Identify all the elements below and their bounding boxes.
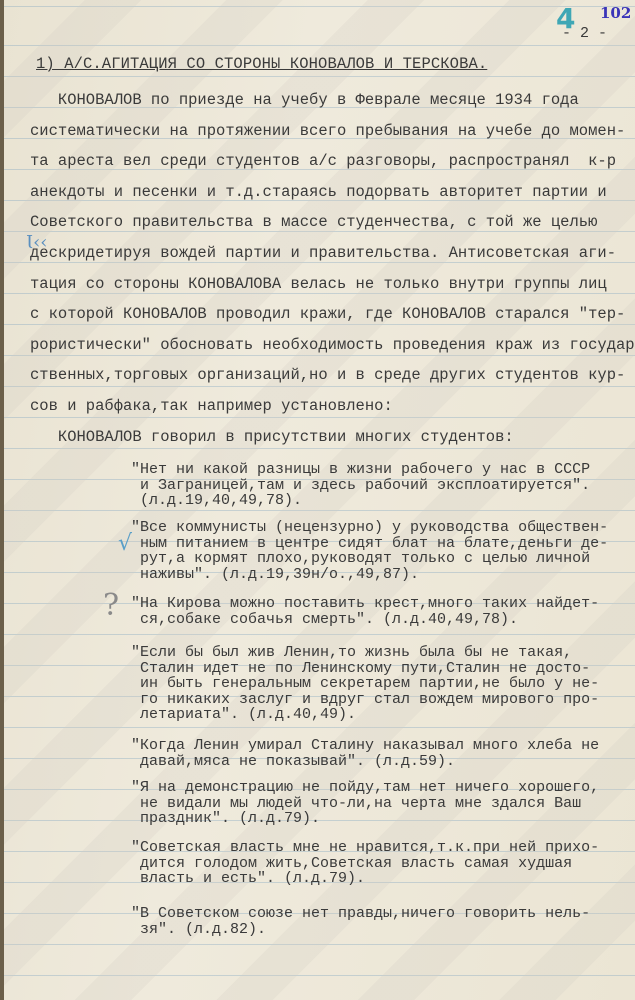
- margin-checkmark: √: [118, 531, 132, 556]
- body-line: ственных,торговых организаций,но и в сре…: [30, 360, 630, 391]
- body-line: дескридетируя вождей партии и правительс…: [30, 238, 630, 269]
- quote-line: (л.д.19,40,49,78).: [131, 493, 590, 509]
- quote-item: "Советская власть мне не нравится,т.к.пр…: [131, 840, 599, 887]
- quote-line: "На Кирова можно поставить крест,много т…: [131, 596, 599, 612]
- quote-line: рут,а кормят плохо,руководят только с це…: [131, 551, 608, 567]
- body-line: сов и рабфака,так например установлено:: [30, 391, 630, 422]
- body-line: КОНОВАЛОВ говорил в присутствии многих с…: [30, 422, 630, 453]
- quote-line: "Если бы был жив Ленин,то жизнь была бы …: [131, 645, 599, 661]
- quote-line: "Нет ни какой разницы в жизни рабочего у…: [131, 462, 590, 478]
- page-number: - 2 -: [562, 25, 607, 42]
- margin-scribble-mark: Ꙇ‹‹: [26, 232, 48, 253]
- margin-question-mark: ?: [103, 588, 119, 623]
- body-line: КОНОВАЛОВ по приезде на учебу в Феврале …: [30, 85, 630, 116]
- quote-line: "Я на демонстрацию не пойду,там нет ниче…: [131, 780, 599, 796]
- quote-line: го никаких заслуг и вдруг стал вождем ми…: [131, 692, 599, 708]
- body-line: тация со стороны КОНОВАЛОВА велась не то…: [30, 269, 630, 300]
- quote-item: "В Советском союзе нет правды,ничего гов…: [131, 906, 590, 937]
- quote-line: "Советская власть мне не нравится,т.к.пр…: [131, 840, 599, 856]
- quote-line: и Заграницей,там и здесь рабочий эксплоа…: [131, 478, 590, 494]
- quote-item: "Нет ни какой разницы в жизни рабочего у…: [131, 462, 590, 509]
- quote-line: давай,мяса не показывай". (л.д.59).: [131, 754, 599, 770]
- quote-line: праздник". (л.д.79).: [131, 811, 599, 827]
- section-heading: 1) А/С.АГИТАЦИЯ СО СТОРОНЫ КОНОВАЛОВ И Т…: [36, 55, 487, 73]
- quote-line: Сталин идет не по Ленинскому пути,Сталин…: [131, 661, 599, 677]
- quote-item: "Когда Ленин умирал Сталину наказывал мн…: [131, 738, 599, 769]
- quote-line: "Когда Ленин умирал Сталину наказывал мн…: [131, 738, 599, 754]
- quote-line: наживы". (л.д.19,39н/о.,49,87).: [131, 567, 608, 583]
- quote-line: дится голодом жить,Советская власть сама…: [131, 856, 599, 872]
- quote-line: летариата". (л.д.40,49).: [131, 707, 599, 723]
- quote-item: "На Кирова можно поставить крест,много т…: [131, 596, 599, 627]
- body-line: систематически на протяжении всего пребы…: [30, 116, 630, 147]
- quote-line: "В Советском союзе нет правды,ничего гов…: [131, 906, 590, 922]
- quote-line: зя". (л.д.82).: [131, 922, 590, 938]
- body-line: анекдоты и песенки и т.д.стараясь подорв…: [30, 177, 630, 208]
- quote-item: "Все коммунисты (нецензурно) у руководст…: [131, 520, 608, 582]
- body-line: рористически" обосновать необходимость п…: [30, 330, 630, 361]
- quote-line: не видали мы людей что-ли,на черта мне з…: [131, 796, 599, 812]
- body-paragraph: КОНОВАЛОВ по приезде на учебу в Феврале …: [30, 85, 630, 452]
- quote-line: ся,собаке собачья смерть". (л.д.40,49,78…: [131, 612, 599, 628]
- archive-sheet-number: 102: [600, 4, 631, 22]
- body-line: та ареста вел среди студентов а/с разгов…: [30, 146, 630, 177]
- quote-line: ным питанием в центре сидят блат на блат…: [131, 536, 608, 552]
- quote-line: "Все коммунисты (нецензурно) у руководст…: [131, 520, 608, 536]
- quote-line: ин быть генеральным секретарем партии,не…: [131, 676, 599, 692]
- body-line: Советского правительства в массе студенч…: [30, 207, 630, 238]
- page-binding-edge: [0, 0, 4, 1000]
- body-line: с которой КОНОВАЛОВ проводил кражи, где …: [30, 299, 630, 330]
- quote-item: "Если бы был жив Ленин,то жизнь была бы …: [131, 645, 599, 723]
- quote-item: "Я на демонстрацию не пойду,там нет ниче…: [131, 780, 599, 827]
- quote-line: власть и есть". (л.д.79).: [131, 871, 599, 887]
